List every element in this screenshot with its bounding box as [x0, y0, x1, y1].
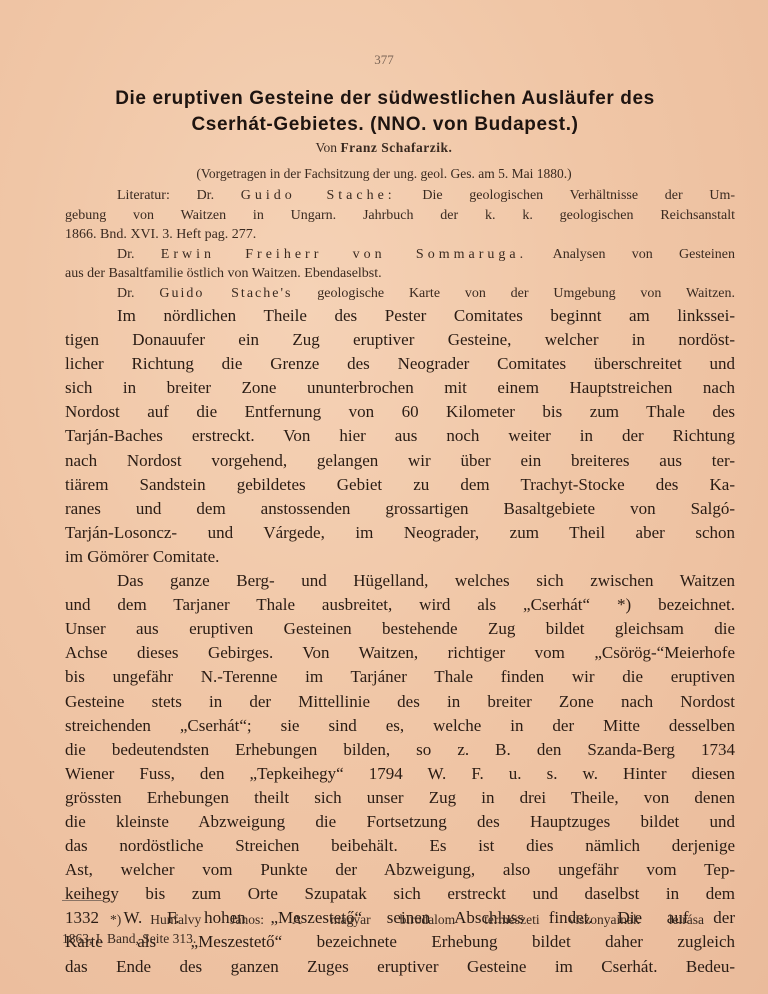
paragraph-line: Im nördlichen Theile des Pester Comitate… [65, 304, 735, 328]
paragraph-line: ranes und dem anstossenden grossartigen … [65, 497, 735, 521]
paragraph-line: tigen Donauufer ein Zug eruptiver Gestei… [65, 328, 735, 352]
paragraph-line: Achse dieses Gebirges. Von Waitzen, rich… [65, 641, 735, 665]
footnote-line: 1863, I. Band, Seite 313. [62, 929, 704, 948]
literature-line: 1866. Bnd. XVI. 3. Heft pag. 277. [65, 225, 735, 245]
paragraph-line: im Gömörer Comitate. [65, 545, 735, 569]
literature-line: Dr. Guido Stache's geologische Karte von… [65, 284, 735, 304]
paragraph-line: Tarján-Baches erstreckt. Von hier aus no… [65, 424, 735, 448]
literature-line: Literatur: Dr. Guido Stache: Die geologi… [65, 186, 735, 206]
article-title: Die eruptiven Gesteine der südwestlichen… [40, 86, 730, 138]
paragraph-line: Unser aus eruptiven Gesteinen bestehende… [65, 617, 735, 641]
paragraph-line: tiärem Sandstein gebildetes Gebiet zu de… [65, 473, 735, 497]
presentation-note: (Vorgetragen in der Fachsitzung der ung.… [0, 166, 768, 182]
literature-line: aus der Basaltfamilie östlich von Waitze… [65, 264, 735, 284]
paragraph-line: die bedeutendsten Erhebungen bilden, so … [65, 738, 735, 762]
paragraph-line: bis ungefähr N.-Terenne im Tarjáner Thal… [65, 665, 735, 689]
paragraph-line: grössten Erhebungen theilt sich unser Zu… [65, 786, 735, 810]
paragraph-line: Gesteine stets in der Mittellinie des in… [65, 690, 735, 714]
paragraph-line: nach Nordost vorgehend, gelangen wir übe… [65, 449, 735, 473]
page-number: 377 [0, 52, 768, 68]
literature-line: Dr. Erwin Freiherr von Sommaruga. Analys… [65, 245, 735, 265]
paragraph-line: licher Richtung die Grenze des Neograder… [65, 352, 735, 376]
author-name: Franz Schafarzik. [340, 140, 452, 155]
footnote-divider [62, 900, 104, 901]
paragraph-line: das nordöstliche Streichen beibehält. Es… [65, 834, 735, 858]
title-line-2: Cserhát-Gebietes. (NNO. von Budapest.) [40, 112, 730, 138]
paragraph-line: Wiener Fuss, den „Tepkeihegy“ 1794 W. F.… [65, 762, 735, 786]
literature-references: Literatur: Dr. Guido Stache: Die geologi… [65, 186, 735, 303]
document-page: 377 Die eruptiven Gesteine der südwestli… [0, 0, 768, 994]
paragraph-line: Tarján-Losoncz- und Várgede, im Neograde… [65, 521, 735, 545]
paragraph-line: Das ganze Berg- und Hügelland, welches s… [65, 569, 735, 593]
paragraph-line: Nordost auf die Entfernung von 60 Kilome… [65, 400, 735, 424]
body-text: Im nördlichen Theile des Pester Comitate… [65, 304, 735, 979]
footnote: *) Hunfalvy János: A magyar birodalom te… [62, 910, 704, 948]
paragraph-line: und dem Tarjaner Thale ausbreitet, wird … [65, 593, 735, 617]
title-line-1: Die eruptiven Gesteine der südwestlichen… [40, 86, 730, 112]
paragraph-line: die kleinste Abzweigung die Fortsetzung … [65, 810, 735, 834]
author-byline: Von Franz Schafarzik. [0, 140, 768, 156]
paragraph-line: das Ende des ganzen Zuges eruptiver Gest… [65, 955, 735, 979]
paragraph-line: keihegy bis zum Orte Szupatak sich erstr… [65, 882, 735, 906]
author-prefix: Von [316, 140, 338, 155]
paragraph-line: sich in breiter Zone ununterbrochen mit … [65, 376, 735, 400]
literature-line: gebung von Waitzen in Ungarn. Jahrbuch d… [65, 206, 735, 226]
paragraph-line: streichenden „Cserhát“; sie sind es, wel… [65, 714, 735, 738]
paragraph-line: Ast, welcher vom Punkte der Abzweigung, … [65, 858, 735, 882]
footnote-line: *) Hunfalvy János: A magyar birodalom te… [62, 910, 704, 929]
